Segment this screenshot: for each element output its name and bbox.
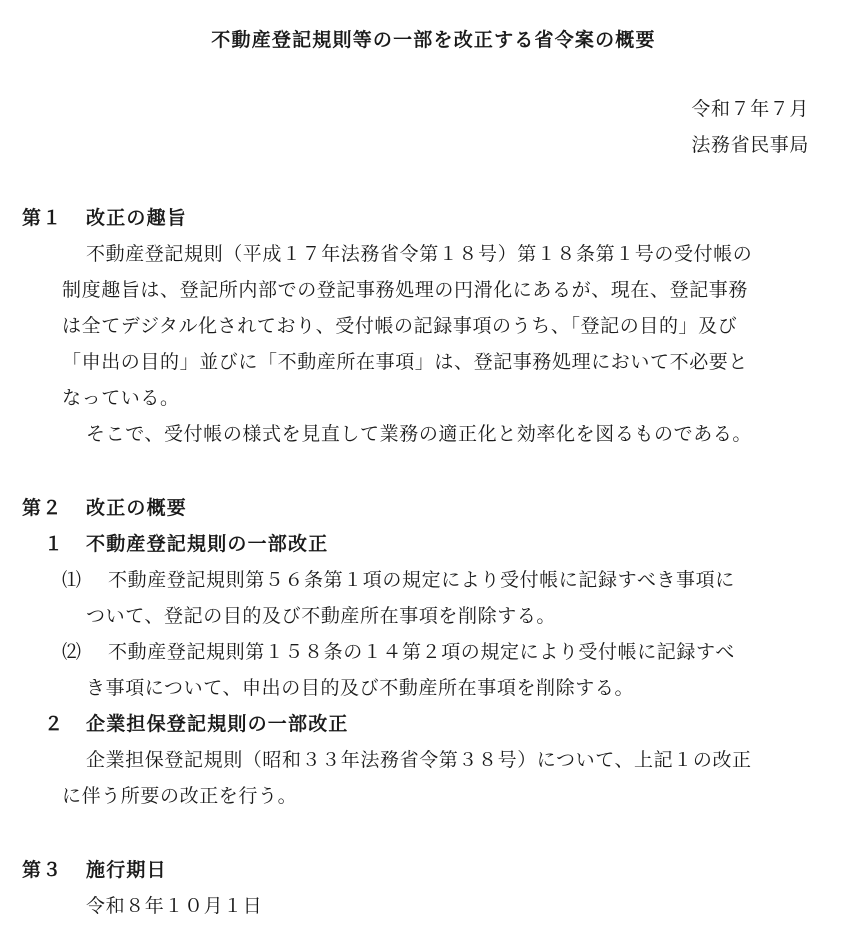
document-date: 令和７年７月 — [691, 97, 809, 121]
paragraph-line: 不動産登記規則（平成１７年法務省令第１８号）第１８条第１号の受付帳の — [86, 242, 752, 266]
item-line: 不動産登記規則第５６条第１項の規定により受付帳に記録すべき事項に — [108, 568, 735, 592]
section-1-number: 第１ — [22, 206, 62, 230]
effective-date: 令和８年１０月１日 — [86, 894, 262, 918]
section-3-number: 第３ — [22, 858, 62, 882]
paragraph-line: 企業担保登記規則（昭和３３年法務省令第３８号）について、上記１の改正 — [86, 748, 752, 772]
item-2-marker: ⑵ — [62, 640, 82, 664]
document-issuer: 法務省民事局 — [691, 133, 809, 157]
item-1-marker: ⑴ — [62, 568, 82, 592]
paragraph-line: そこで、受付帳の様式を見直して業務の適正化と効率化を図るものである。 — [86, 422, 752, 446]
item-line: ついて、登記の目的及び不動産所在事項を削除する。 — [86, 604, 556, 628]
paragraph-line: 「申出の目的」並びに「不動産所在事項」は、登記事務処理において不必要と — [62, 350, 748, 374]
item-line: き事項について、申出の目的及び不動産所在事項を削除する。 — [86, 676, 634, 700]
paragraph-line: なっている。 — [62, 386, 180, 410]
section-2-heading: 改正の概要 — [86, 496, 187, 520]
section-3-heading: 施行期日 — [86, 858, 167, 882]
subsection-1-heading: 不動産登記規則の一部改正 — [86, 532, 328, 556]
subsection-1-number: １ — [44, 532, 64, 556]
subsection-2-number: ２ — [44, 712, 64, 736]
paragraph-line: 制度趣旨は、登記所内部での登記事務処理の円滑化にあるが、現在、登記事務 — [62, 278, 748, 302]
section-2-number: 第２ — [22, 496, 62, 520]
subsection-2-heading: 企業担保登記規則の一部改正 — [86, 712, 349, 736]
paragraph-line: に伴う所要の改正を行う。 — [62, 784, 297, 808]
paragraph-line: は全てデジタル化されており、受付帳の記録事項のうち、「登記の目的」及び — [62, 314, 737, 338]
item-line: 不動産登記規則第１５８条の１４第２項の規定により受付帳に記録すべ — [108, 640, 735, 664]
document-title: 不動産登記規則等の一部を改正する省令案の概要 — [0, 28, 867, 52]
section-1-heading: 改正の趣旨 — [86, 206, 187, 230]
